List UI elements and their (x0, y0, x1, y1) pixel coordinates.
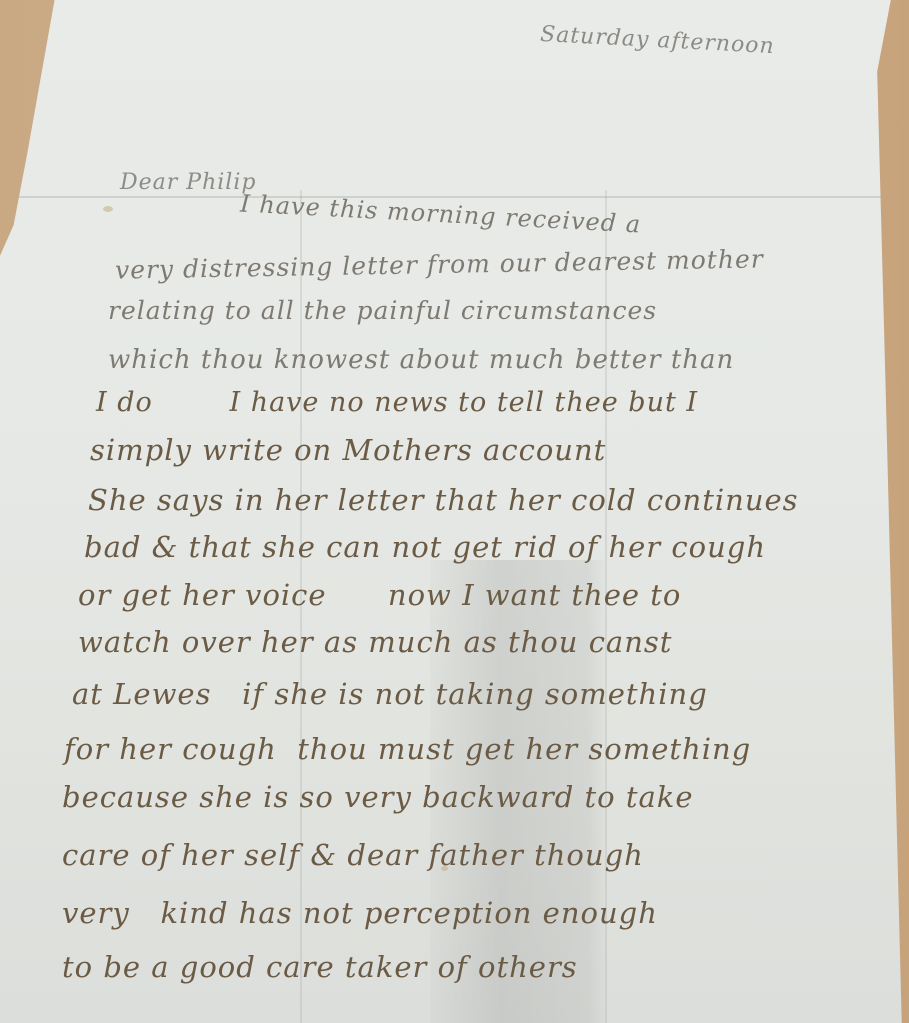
letter-line: very kind has not perception enough (62, 896, 658, 930)
letter-line: very distressing letter from our dearest… (115, 244, 764, 284)
letter-line: at Lewes if she is not taking something (72, 677, 708, 711)
letter-line: or get her voice now I want thee to (78, 578, 681, 612)
letter-salutation: Dear Philip (120, 170, 256, 195)
letter-line: I do I have no news to tell thee but I (96, 387, 698, 418)
letter-line: care of her self & dear father though (62, 838, 644, 872)
letter-line: She says in her letter that her cold con… (88, 483, 799, 517)
fold-crease-horizontal (0, 196, 909, 198)
letter-line: bad & that she can not get rid of her co… (84, 530, 766, 564)
letter-line: which thou knowest about much better tha… (108, 345, 734, 375)
letter-line: watch over her as much as thou canst (78, 625, 672, 659)
paper-stain (103, 206, 113, 212)
letter-line: because she is so very backward to take (62, 780, 694, 814)
letter-line: relating to all the painful circumstance… (108, 296, 657, 325)
letter-sheet: Saturday afternoon Dear Philip I have th… (0, 0, 909, 1023)
letter-line: for her cough thou must get her somethin… (64, 732, 751, 766)
letter-line: simply write on Mothers account (90, 433, 606, 467)
letter-date: Saturday afternoon (540, 22, 776, 59)
letter-line: to be a good care taker of others (62, 950, 578, 984)
